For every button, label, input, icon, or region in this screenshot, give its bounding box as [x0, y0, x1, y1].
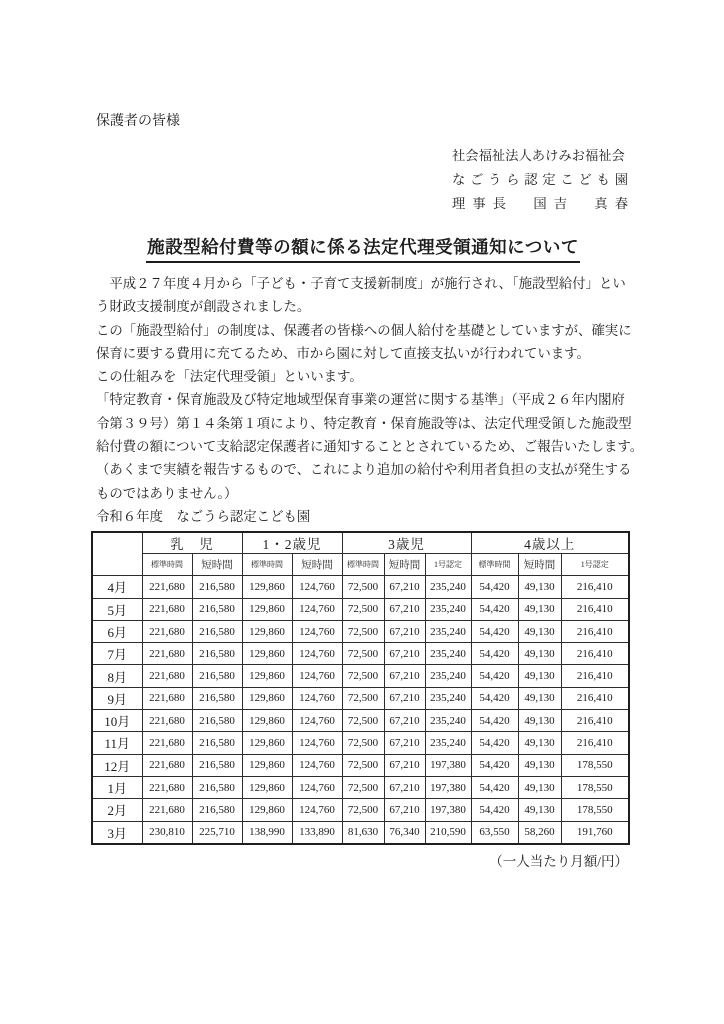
amount-cell: 54,420	[471, 710, 518, 732]
amount-cell: 67,210	[384, 643, 425, 665]
month-cell: 4月	[92, 576, 142, 598]
amount-cell: 216,580	[192, 776, 242, 798]
amount-cell: 225,710	[192, 821, 242, 844]
amount-cell: 235,240	[425, 665, 471, 687]
amount-cell: 216,410	[561, 732, 629, 754]
amount-cell: 216,580	[192, 754, 242, 776]
amount-cell: 72,500	[342, 732, 384, 754]
amount-cell: 124,760	[292, 643, 342, 665]
table-row: 11月221,680216,580129,860124,76072,50067,…	[92, 732, 629, 754]
amount-cell: 67,210	[384, 598, 425, 620]
amount-cell: 216,580	[192, 799, 242, 821]
corner-cell	[92, 532, 142, 576]
amount-cell: 67,210	[384, 754, 425, 776]
amount-cell: 235,240	[425, 643, 471, 665]
amount-cell: 72,500	[342, 710, 384, 732]
month-cell: 12月	[92, 754, 142, 776]
amount-cell: 129,860	[242, 754, 292, 776]
amount-cell: 129,860	[242, 710, 292, 732]
amount-cell: 221,680	[142, 732, 192, 754]
amount-cell: 124,760	[292, 776, 342, 798]
amount-cell: 49,130	[518, 732, 561, 754]
amount-cell: 54,420	[471, 687, 518, 709]
amount-cell: 235,240	[425, 732, 471, 754]
amount-cell: 49,130	[518, 799, 561, 821]
table-row: 3月230,810225,710138,990133,89081,63076,3…	[92, 821, 629, 844]
time-category-header: 標準時間	[242, 554, 292, 576]
amount-cell: 216,580	[192, 598, 242, 620]
body-line: 保育に要する費用に充てるため、市から園に対して直接支払いが行われています。	[96, 342, 630, 365]
amount-cell: 129,860	[242, 643, 292, 665]
amount-cell: 197,380	[425, 776, 471, 798]
amount-cell: 58,260	[518, 821, 561, 844]
age-group-header: 3歳児	[342, 532, 471, 554]
amount-cell: 67,210	[384, 776, 425, 798]
amount-cell: 54,420	[471, 799, 518, 821]
time-category-header: 短時間	[292, 554, 342, 576]
amount-cell: 54,420	[471, 665, 518, 687]
month-cell: 6月	[92, 620, 142, 642]
amount-cell: 72,500	[342, 754, 384, 776]
time-category-header: 1号認定	[561, 554, 629, 576]
amount-cell: 72,500	[342, 620, 384, 642]
amount-cell: 67,210	[384, 687, 425, 709]
sender-organization: 社会福祉法人あけみお福祉会	[452, 144, 628, 168]
amount-cell: 129,860	[242, 776, 292, 798]
amount-cell: 124,760	[292, 598, 342, 620]
amount-cell: 49,130	[518, 665, 561, 687]
amount-cell: 221,680	[142, 799, 192, 821]
amount-cell: 49,130	[518, 643, 561, 665]
amount-cell: 54,420	[471, 776, 518, 798]
amount-cell: 216,410	[561, 665, 629, 687]
table-row: 9月221,680216,580129,860124,76072,50067,2…	[92, 687, 629, 709]
table-row: 10月221,680216,580129,860124,76072,50067,…	[92, 710, 629, 732]
amount-cell: 197,380	[425, 799, 471, 821]
sub-header-row: 標準時間短時間標準時間短時間標準時間短時間1号認定標準時間短時間1号認定	[92, 554, 629, 576]
amount-cell: 178,550	[561, 776, 629, 798]
amount-cell: 76,340	[384, 821, 425, 844]
table-row: 4月221,680216,580129,860124,76072,50067,2…	[92, 576, 629, 598]
amount-cell: 67,210	[384, 732, 425, 754]
amount-cell: 124,760	[292, 620, 342, 642]
body-line: ものではありません。）	[96, 482, 630, 505]
amount-cell: 54,420	[471, 732, 518, 754]
month-cell: 11月	[92, 732, 142, 754]
body-line: この仕組みを「法定代理受領」といいます。	[96, 365, 630, 388]
amount-cell: 216,580	[192, 620, 242, 642]
amount-cell: 221,680	[142, 754, 192, 776]
time-category-header: 1号認定	[425, 554, 471, 576]
amount-cell: 221,680	[142, 598, 192, 620]
amount-cell: 210,590	[425, 821, 471, 844]
amount-cell: 138,990	[242, 821, 292, 844]
amount-cell: 133,890	[292, 821, 342, 844]
amount-cell: 216,580	[192, 732, 242, 754]
age-group-header: 4歳以上	[471, 532, 629, 554]
sender-facility: なごうら認定こども園	[452, 168, 628, 192]
amount-cell: 72,500	[342, 665, 384, 687]
amount-cell: 129,860	[242, 732, 292, 754]
age-group-header: 1・2歳児	[242, 532, 342, 554]
time-category-header: 短時間	[192, 554, 242, 576]
amount-cell: 124,760	[292, 687, 342, 709]
amount-cell: 221,680	[142, 710, 192, 732]
table-caption: 令和６年度 なごうら認定こども園	[96, 505, 630, 528]
amount-cell: 230,810	[142, 821, 192, 844]
amount-cell: 54,420	[471, 643, 518, 665]
amount-cell: 124,760	[292, 576, 342, 598]
amount-cell: 124,760	[292, 665, 342, 687]
table-body: 4月221,680216,580129,860124,76072,50067,2…	[92, 576, 629, 844]
amount-cell: 216,580	[192, 665, 242, 687]
amount-cell: 49,130	[518, 754, 561, 776]
amount-cell: 67,210	[384, 799, 425, 821]
amount-cell: 54,420	[471, 754, 518, 776]
amount-cell: 72,500	[342, 799, 384, 821]
amount-cell: 124,760	[292, 799, 342, 821]
age-group-header: 乳 児	[142, 532, 242, 554]
month-cell: 5月	[92, 598, 142, 620]
amount-cell: 221,680	[142, 776, 192, 798]
amount-cell: 221,680	[142, 665, 192, 687]
amount-cell: 63,550	[471, 821, 518, 844]
amount-cell: 129,860	[242, 620, 292, 642]
body-line: この「施設型給付」の制度は、保護者の皆様への個人給付を基礎としていますが、確実に	[96, 319, 630, 342]
body-line: 平成２７年度４月から「子ども・子育て支援新制度」が施行され、「施設型給付」とい	[96, 272, 630, 295]
table-wrap: 乳 児1・2歳児3歳児4歳以上標準時間短時間標準時間短時間標準時間短時間1号認定…	[91, 531, 630, 845]
body-line: 「特定教育・保育施設及び特定地域型保育事業の運営に関する基準」（平成２６年内閣府	[96, 388, 630, 411]
amount-cell: 67,210	[384, 665, 425, 687]
table-row: 5月221,680216,580129,860124,76072,50067,2…	[92, 598, 629, 620]
amount-cell: 124,760	[292, 754, 342, 776]
amount-cell: 216,410	[561, 598, 629, 620]
table-head: 乳 児1・2歳児3歳児4歳以上標準時間短時間標準時間短時間標準時間短時間1号認定…	[92, 532, 629, 576]
amount-cell: 216,580	[192, 710, 242, 732]
month-cell: 8月	[92, 665, 142, 687]
month-cell: 7月	[92, 643, 142, 665]
amount-cell: 221,680	[142, 576, 192, 598]
amount-cell: 54,420	[471, 576, 518, 598]
amount-cell: 221,680	[142, 620, 192, 642]
title-wrap: 施設型給付費等の額に係る法定代理受領通知について	[96, 234, 630, 263]
salutation: 保護者の皆様	[96, 112, 630, 132]
amount-cell: 72,500	[342, 576, 384, 598]
amount-cell: 49,130	[518, 687, 561, 709]
amount-cell: 235,240	[425, 576, 471, 598]
sender-director: 理事長 国吉 真春	[452, 192, 628, 216]
amount-cell: 235,240	[425, 598, 471, 620]
amount-cell: 129,860	[242, 799, 292, 821]
time-category-header: 標準時間	[342, 554, 384, 576]
body-line: 給付費の額について支給認定保護者に通知することとされているため、ご報告いたします…	[96, 435, 630, 458]
amount-cell: 216,410	[561, 576, 629, 598]
amount-cell: 216,580	[192, 643, 242, 665]
table-row: 2月221,680216,580129,860124,76072,50067,2…	[92, 799, 629, 821]
amount-cell: 235,240	[425, 620, 471, 642]
amount-cell: 124,760	[292, 732, 342, 754]
amount-cell: 124,760	[292, 710, 342, 732]
group-header-row: 乳 児1・2歳児3歳児4歳以上	[92, 532, 629, 554]
body-line: う財政支援制度が創設されました。	[96, 295, 630, 318]
month-cell: 10月	[92, 710, 142, 732]
amount-cell: 49,130	[518, 776, 561, 798]
amount-cell: 81,630	[342, 821, 384, 844]
month-cell: 2月	[92, 799, 142, 821]
amount-cell: 129,860	[242, 576, 292, 598]
amount-cell: 216,410	[561, 710, 629, 732]
amount-cell: 49,130	[518, 576, 561, 598]
amount-cell: 67,210	[384, 710, 425, 732]
amount-cell: 178,550	[561, 799, 629, 821]
page-title: 施設型給付費等の額に係る法定代理受領通知について	[146, 234, 580, 263]
amount-cell: 129,860	[242, 665, 292, 687]
amount-cell: 129,860	[242, 687, 292, 709]
table-row: 8月221,680216,580129,860124,76072,50067,2…	[92, 665, 629, 687]
table-row: 6月221,680216,580129,860124,76072,50067,2…	[92, 620, 629, 642]
amount-cell: 67,210	[384, 576, 425, 598]
amount-cell: 197,380	[425, 754, 471, 776]
amount-cell: 235,240	[425, 687, 471, 709]
body-line: （あくまで実績を報告するもので、これにより追加の給付や利用者負担の支払が発生する	[96, 458, 630, 481]
amount-cell: 221,680	[142, 687, 192, 709]
time-category-header: 短時間	[518, 554, 561, 576]
amount-cell: 221,680	[142, 643, 192, 665]
amount-cell: 72,500	[342, 687, 384, 709]
table-row: 1月221,680216,580129,860124,76072,50067,2…	[92, 776, 629, 798]
body-text: 平成２７年度４月から「子ども・子育て支援新制度」が施行され、「施設型給付」という…	[96, 272, 630, 505]
table-caption-wrap: 令和６年度 なごうら認定こども園	[96, 505, 630, 528]
month-cell: 9月	[92, 687, 142, 709]
amount-cell: 191,760	[561, 821, 629, 844]
table-row: 7月221,680216,580129,860124,76072,50067,2…	[92, 643, 629, 665]
amount-cell: 49,130	[518, 620, 561, 642]
body-line: 令第３９号）第１４条第１項により、特定教育・保育施設等は、法定代理受領した施設型	[96, 412, 630, 435]
amount-cell: 216,580	[192, 576, 242, 598]
amount-cell: 49,130	[518, 710, 561, 732]
amount-cell: 67,210	[384, 620, 425, 642]
document-page: 保護者の皆様 社会福祉法人あけみお福祉会 なごうら認定こども園 理事長 国吉 真…	[0, 0, 724, 1024]
amount-cell: 216,410	[561, 643, 629, 665]
month-cell: 3月	[92, 821, 142, 844]
amount-cell: 72,500	[342, 643, 384, 665]
amount-cell: 72,500	[342, 776, 384, 798]
month-cell: 1月	[92, 776, 142, 798]
amount-cell: 72,500	[342, 598, 384, 620]
amount-cell: 54,420	[471, 620, 518, 642]
amount-cell: 178,550	[561, 754, 629, 776]
unit-note: （一人当たり月額/円）	[91, 850, 628, 870]
time-category-header: 標準時間	[142, 554, 192, 576]
amount-cell: 235,240	[425, 710, 471, 732]
time-category-header: 標準時間	[471, 554, 518, 576]
payment-table: 乳 児1・2歳児3歳児4歳以上標準時間短時間標準時間短時間標準時間短時間1号認定…	[91, 531, 630, 845]
amount-cell: 216,410	[561, 687, 629, 709]
table-row: 12月221,680216,580129,860124,76072,50067,…	[92, 754, 629, 776]
amount-cell: 216,410	[561, 620, 629, 642]
amount-cell: 216,580	[192, 687, 242, 709]
amount-cell: 54,420	[471, 598, 518, 620]
sender-block: 社会福祉法人あけみお福祉会 なごうら認定こども園 理事長 国吉 真春	[452, 144, 628, 216]
time-category-header: 短時間	[384, 554, 425, 576]
amount-cell: 49,130	[518, 598, 561, 620]
amount-cell: 129,860	[242, 598, 292, 620]
